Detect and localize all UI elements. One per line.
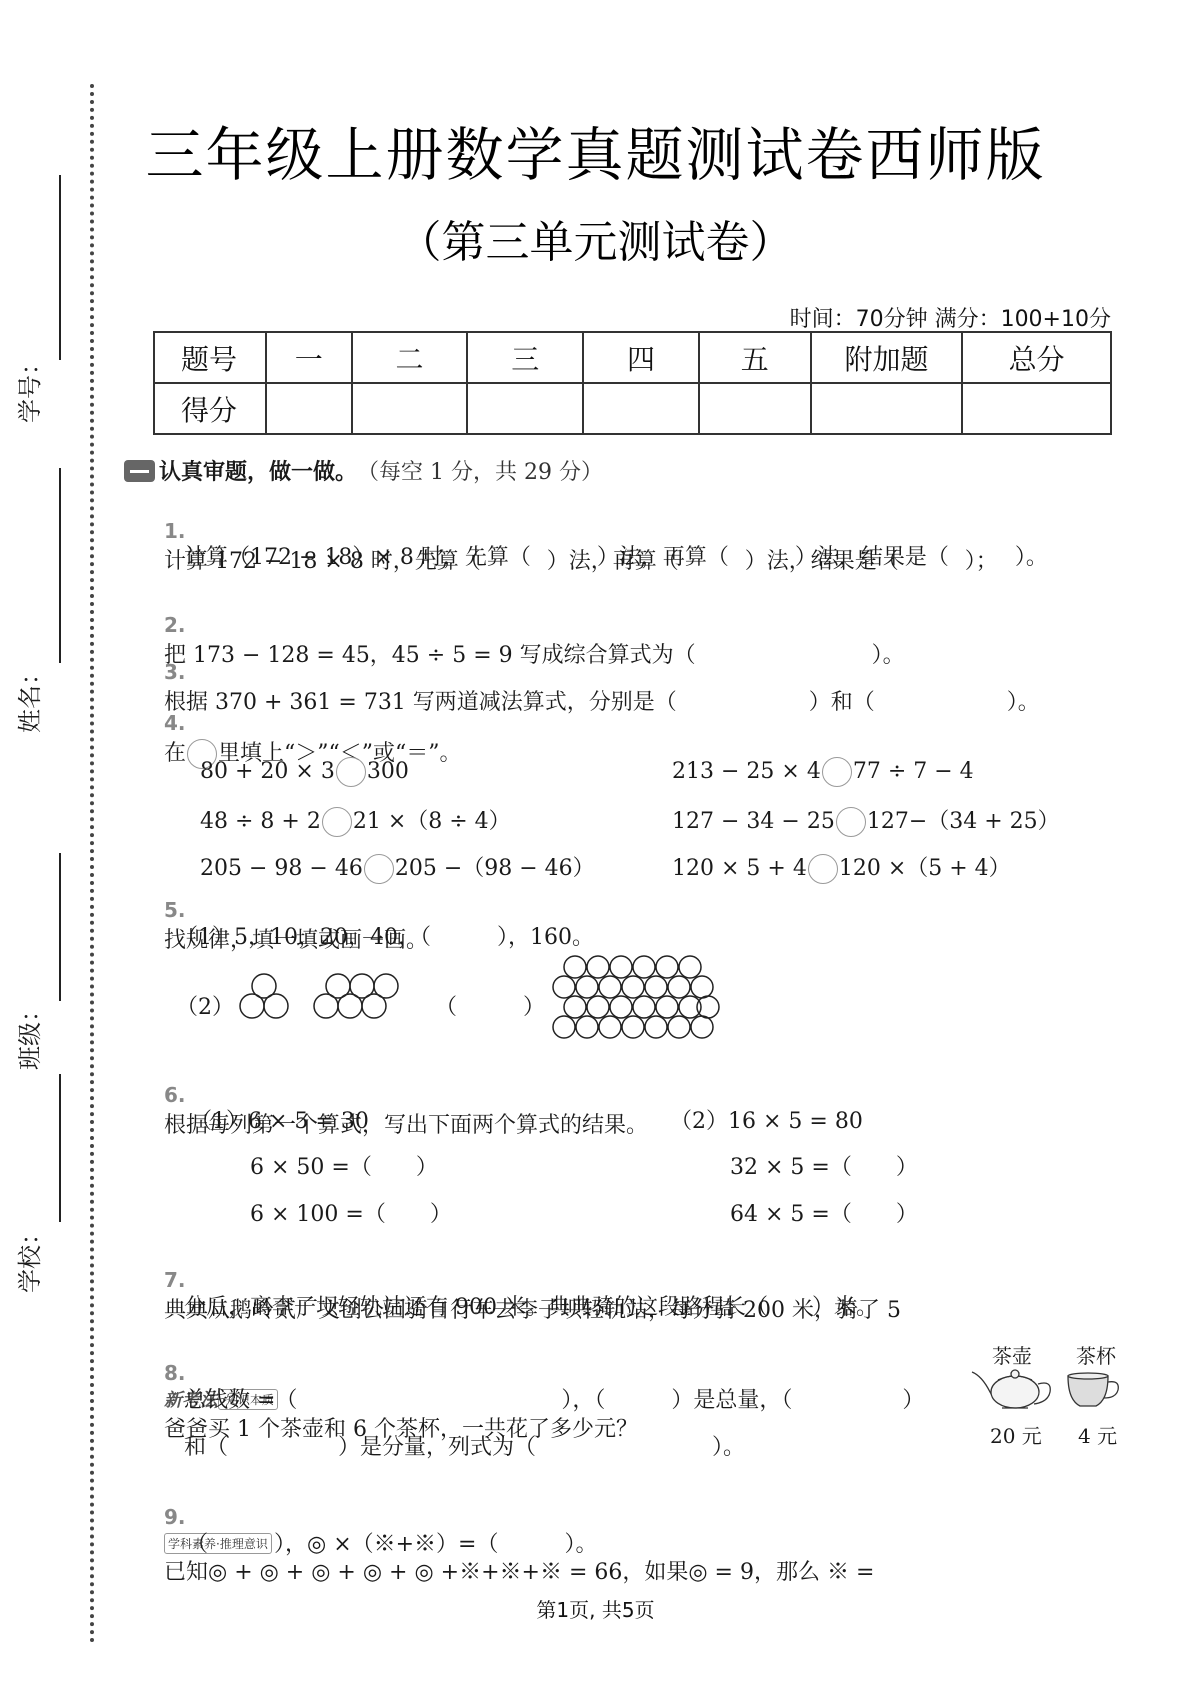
question-number: 1. — [164, 519, 186, 543]
header-cell: 四 — [583, 332, 699, 383]
score-cell[interactable] — [467, 383, 583, 434]
section-1-header: 认真审题，做一做。 （每空 1 分，共 29 分） — [124, 455, 603, 486]
question-6-col-2-row-1: （2）16 × 5 = 80 — [670, 1104, 863, 1135]
school-line[interactable] — [59, 1074, 61, 1222]
question-number: 6. — [164, 1083, 186, 1107]
circle-pattern-7-icon — [310, 972, 402, 1020]
question-6-col-2-row-2: 32 × 5 =（ ） — [730, 1150, 918, 1181]
name-label: 姓名： — [15, 703, 75, 733]
question-1-line-2: 计算（172 − 18）× 8 时，先算（ ）法，再算（ ）法，结果是（ ）。 — [184, 540, 1048, 571]
question-8-line-2: 总钱数 =（ ），（ ）是总量，（ ） — [184, 1383, 924, 1414]
binding-cut-line — [90, 84, 94, 1644]
question-8-line-3: 和（ ）是分量，列式为（ ）。 — [184, 1430, 745, 1461]
header-cell: 一 — [266, 332, 352, 383]
question-6-col-2-row-3: 64 × 5 =（ ） — [730, 1197, 918, 1228]
question-text-prefix: 在 — [164, 741, 186, 766]
teapot-price: 20 元 — [990, 1420, 1042, 1449]
question-number: 7. — [164, 1268, 186, 1292]
school-label: 学校： — [15, 1263, 75, 1293]
header-cell: 三 — [467, 332, 583, 383]
question-text: 已知◎ + ◎ + ◎ + ◎ + ◎ +※+※+※ = 66，如果◎ = 9，… — [164, 1560, 874, 1585]
score-row-label: 得分 — [154, 383, 266, 434]
question-number: 9. — [164, 1505, 186, 1529]
question-number: 5. — [164, 898, 186, 922]
score-cell[interactable] — [266, 383, 352, 434]
circle-pattern-large-icon — [550, 955, 720, 1043]
header-cell: 附加题 — [811, 332, 963, 383]
page-title: 三年级上册数学真题测试卷西师版 — [0, 108, 1191, 192]
teacup-price: 4 元 — [1078, 1420, 1117, 1449]
question-9-line-2: （ ），◎ ×（※+※）=（ ）。 — [186, 1527, 598, 1558]
score-table-header-row: 题号 一 二 三 四 五 附加题 总分 — [154, 332, 1111, 383]
question-6-col-1-row-3: 6 × 100 =（ ） — [250, 1197, 452, 1228]
header-cell: 二 — [352, 332, 468, 383]
page-subtitle: （第三单元测试卷） — [0, 206, 1191, 270]
teacup-icon — [1064, 1370, 1126, 1410]
score-table: 题号 一 二 三 四 五 附加题 总分 得分 — [153, 331, 1112, 435]
score-cell[interactable] — [962, 383, 1111, 434]
page-number: 第1页, 共5页 — [0, 1594, 1191, 1623]
question-5-part-2-label: （2） — [176, 990, 234, 1021]
section-number-one-icon — [124, 460, 155, 482]
section-note: （每空 1 分，共 29 分） — [357, 455, 603, 486]
teapot-label: 茶壶 — [992, 1340, 1032, 1369]
question-6-col-1-row-1: （1）6 × 5 = 30 — [190, 1104, 369, 1135]
header-cell: 题号 — [154, 332, 266, 383]
compare-right: 120 ×（5 + 4） — [839, 856, 1011, 881]
class-label: 班级： — [15, 1040, 75, 1070]
teapot-icon — [968, 1366, 1058, 1412]
score-cell[interactable] — [583, 383, 699, 434]
question-5-part-1: （1）5，10，20，40，（ ），160。 — [176, 920, 594, 951]
score-cell[interactable] — [699, 383, 811, 434]
teacup-label: 茶杯 — [1076, 1340, 1116, 1369]
circle-pattern-3-icon — [236, 972, 292, 1020]
score-cell[interactable] — [811, 383, 963, 434]
compare-circle-blank[interactable] — [808, 854, 838, 884]
question-number: 2. — [164, 613, 186, 637]
score-table-score-row: 得分 — [154, 383, 1111, 434]
class-line[interactable] — [59, 853, 61, 1001]
exam-meta: 时间：70分钟 满分：100+10分 — [790, 302, 1111, 333]
score-cell[interactable] — [352, 383, 468, 434]
student-id-label: 学号： — [15, 393, 75, 423]
header-cell: 五 — [699, 332, 811, 383]
question-6-col-1-row-2: 6 × 50 =（ ） — [250, 1150, 438, 1181]
compare-left: 120 × 5 + 4 — [672, 856, 807, 881]
question-7-line-2: 分后，离李子坝轻轨站还有 900 米。典典骑的这段路程长（ ）米。 — [184, 1290, 878, 1321]
section-title: 认真审题，做一做。 — [159, 455, 357, 486]
question-5-part-2-blank[interactable]: （ ） — [435, 990, 545, 1021]
question-number: 3. — [164, 660, 186, 684]
compare-item: 120 × 5 + 4120 ×（5 + 4） — [658, 826, 1011, 884]
name-line[interactable] — [59, 468, 61, 663]
question-number: 4. — [164, 711, 186, 735]
header-cell: 总分 — [962, 332, 1111, 383]
question-number: 8. — [164, 1361, 186, 1385]
